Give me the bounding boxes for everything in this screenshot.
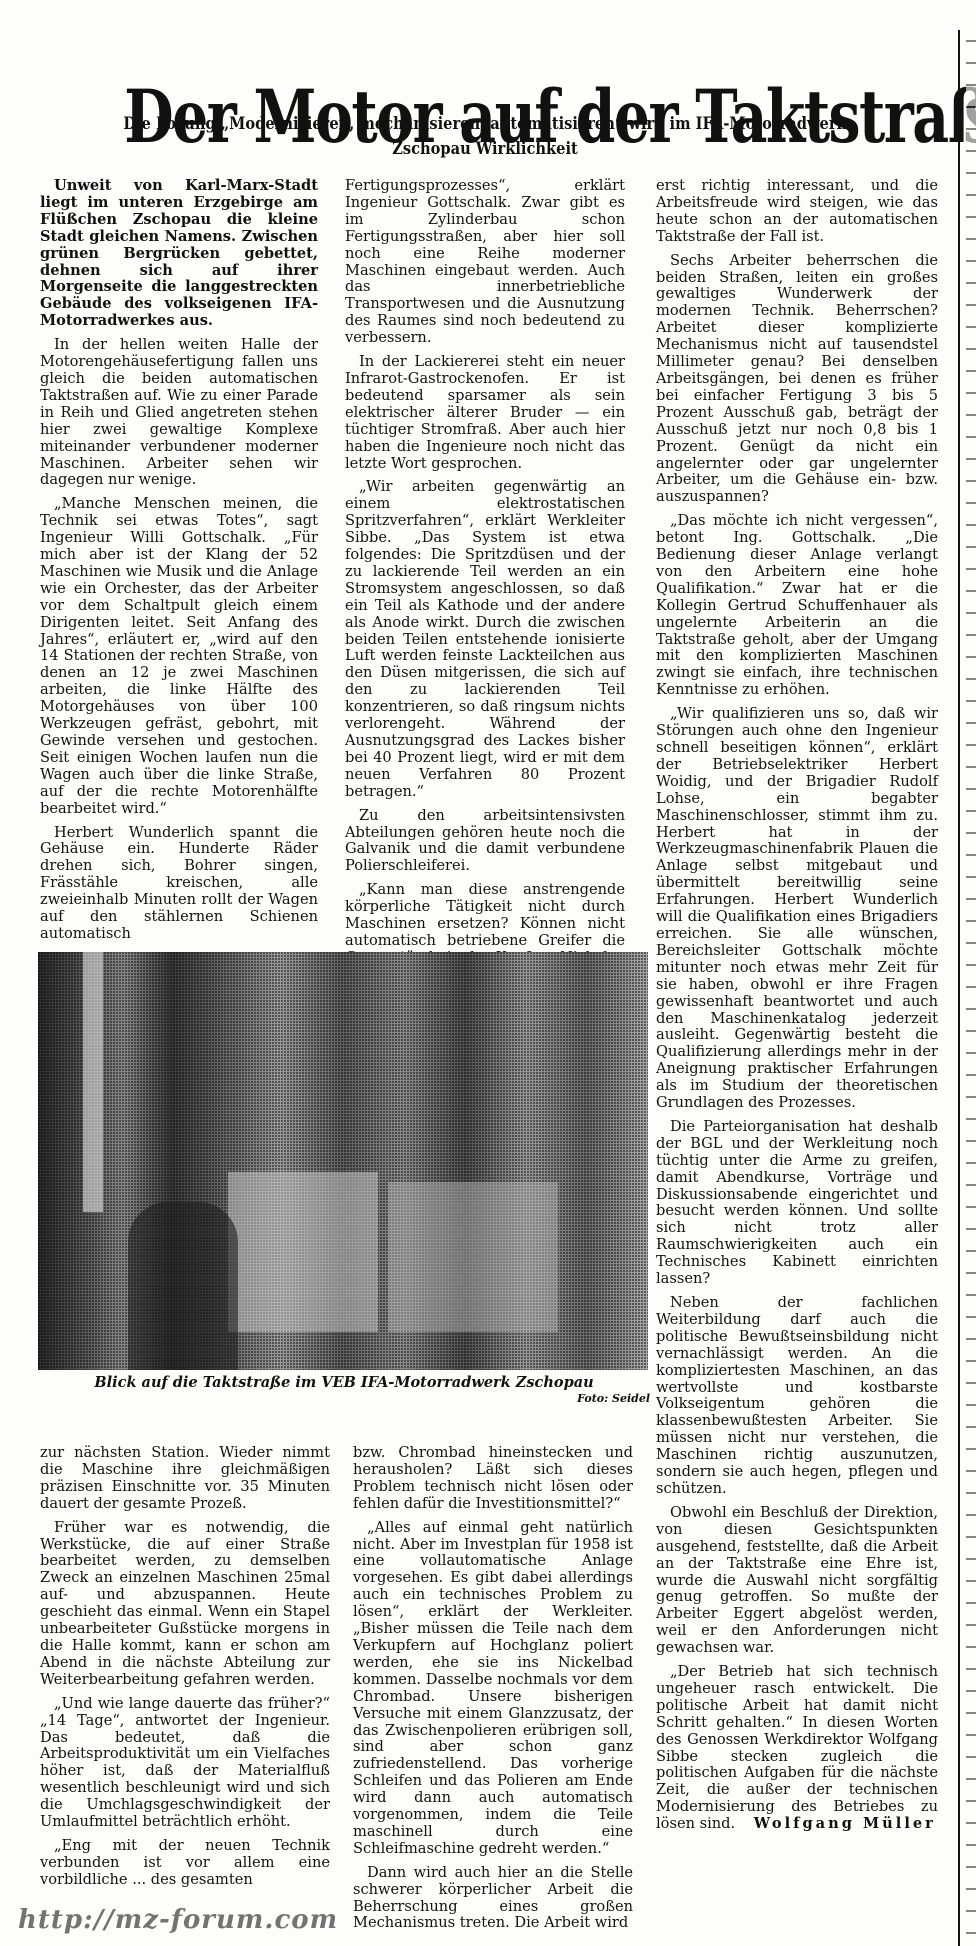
paragraph: Unweit von Karl-Marx-Stadt liegt im unte…	[40, 178, 318, 330]
paragraph: Obwohl ein Beschluß der Direktion, von d…	[656, 1505, 938, 1657]
photo-machine-block	[228, 1172, 378, 1332]
paragraph: „Manche Menschen meinen, die Technik sei…	[40, 496, 318, 817]
subheadline-line-2: Zschopau Wirklichkeit	[85, 137, 885, 162]
subheadline: Die Losung „Modernisieren, mechanisieren…	[20, 112, 950, 162]
photo-worker-silhouette	[128, 1202, 238, 1370]
photo-credit: Foto: Seidel	[540, 1392, 650, 1406]
column-2-top: Fertigungsprozesses“, erklärt Ingenieur …	[345, 178, 625, 974]
author-byline: Wolfgang Müller	[754, 1815, 936, 1832]
paragraph: „Wir arbeiten gegenwärtig an einem elekt…	[345, 479, 625, 800]
paragraph: Sechs Arbeiter beherrschen die beiden St…	[656, 253, 938, 507]
column-1-top: Unweit von Karl-Marx-Stadt liegt im unte…	[40, 178, 318, 950]
paragraph-text: „Der Betrieb hat sich technisch ungeheue…	[656, 1663, 938, 1832]
newspaper-page: Der Motor auf der Taktstraße Die Losung …	[0, 0, 976, 1946]
paragraph: Dann wird auch hier an die Stelle schwer…	[353, 1865, 633, 1933]
factory-hall-photo	[38, 952, 648, 1370]
paragraph: Zu den arbeitsintensivsten Abteilungen g…	[345, 808, 625, 876]
watermark-link[interactable]: http://mz-forum.com	[18, 1905, 338, 1935]
paragraph: Neben der fachlichen Weiterbildung darf …	[656, 1295, 938, 1498]
paragraph: bzw. Chrombad hineinstecken und herausho…	[353, 1445, 633, 1513]
column-rule	[958, 30, 960, 1946]
paragraph: erst richtig interessant, und die Arbeit…	[656, 178, 938, 246]
paragraph: Herbert Wunderlich spannt die Gehäuse ei…	[40, 825, 318, 943]
column-1-bottom: zur nächsten Station. Wieder nimmt die M…	[40, 1445, 330, 1896]
photo-machine-block	[388, 1182, 558, 1332]
paragraph: Fertigungsprozesses“, erklärt Ingenieur …	[345, 178, 625, 347]
column-3: erst richtig interessant, und die Arbeit…	[656, 178, 938, 1840]
paragraph: zur nächsten Station. Wieder nimmt die M…	[40, 1445, 330, 1513]
paragraph-closing: „Der Betrieb hat sich technisch ungeheue…	[656, 1664, 938, 1833]
paragraph: „Das möchte ich nicht vergessen“, betont…	[656, 513, 938, 699]
paragraph: Die Parteiorganisation hat deshalb der B…	[656, 1119, 938, 1288]
adjacent-article-edge	[966, 30, 976, 1946]
paragraph: In der Lackiererei steht ein neuer Infra…	[345, 354, 625, 472]
column-2-bottom: bzw. Chrombad hineinstecken und herausho…	[353, 1445, 633, 1939]
paragraph: „Und wie lange dauerte das früher?“ „14 …	[40, 1696, 330, 1831]
paragraph: „Alles auf einmal geht natürlich nicht. …	[353, 1520, 633, 1858]
photo-pillar	[83, 952, 103, 1212]
photo-caption: Blick auf die Taktstraße im VEB IFA-Moto…	[40, 1374, 648, 1392]
paragraph: „Wir qualifizieren uns so, daß wir Störu…	[656, 706, 938, 1112]
subheadline-line-1: Die Losung „Modernisieren, mechanisieren…	[85, 112, 885, 137]
paragraph: „Eng mit der neuen Technik verbunden ist…	[40, 1838, 330, 1889]
paragraph: In der hellen weiten Halle der Motorenge…	[40, 337, 318, 489]
paragraph: Früher war es notwendig, die Werkstücke,…	[40, 1520, 330, 1689]
